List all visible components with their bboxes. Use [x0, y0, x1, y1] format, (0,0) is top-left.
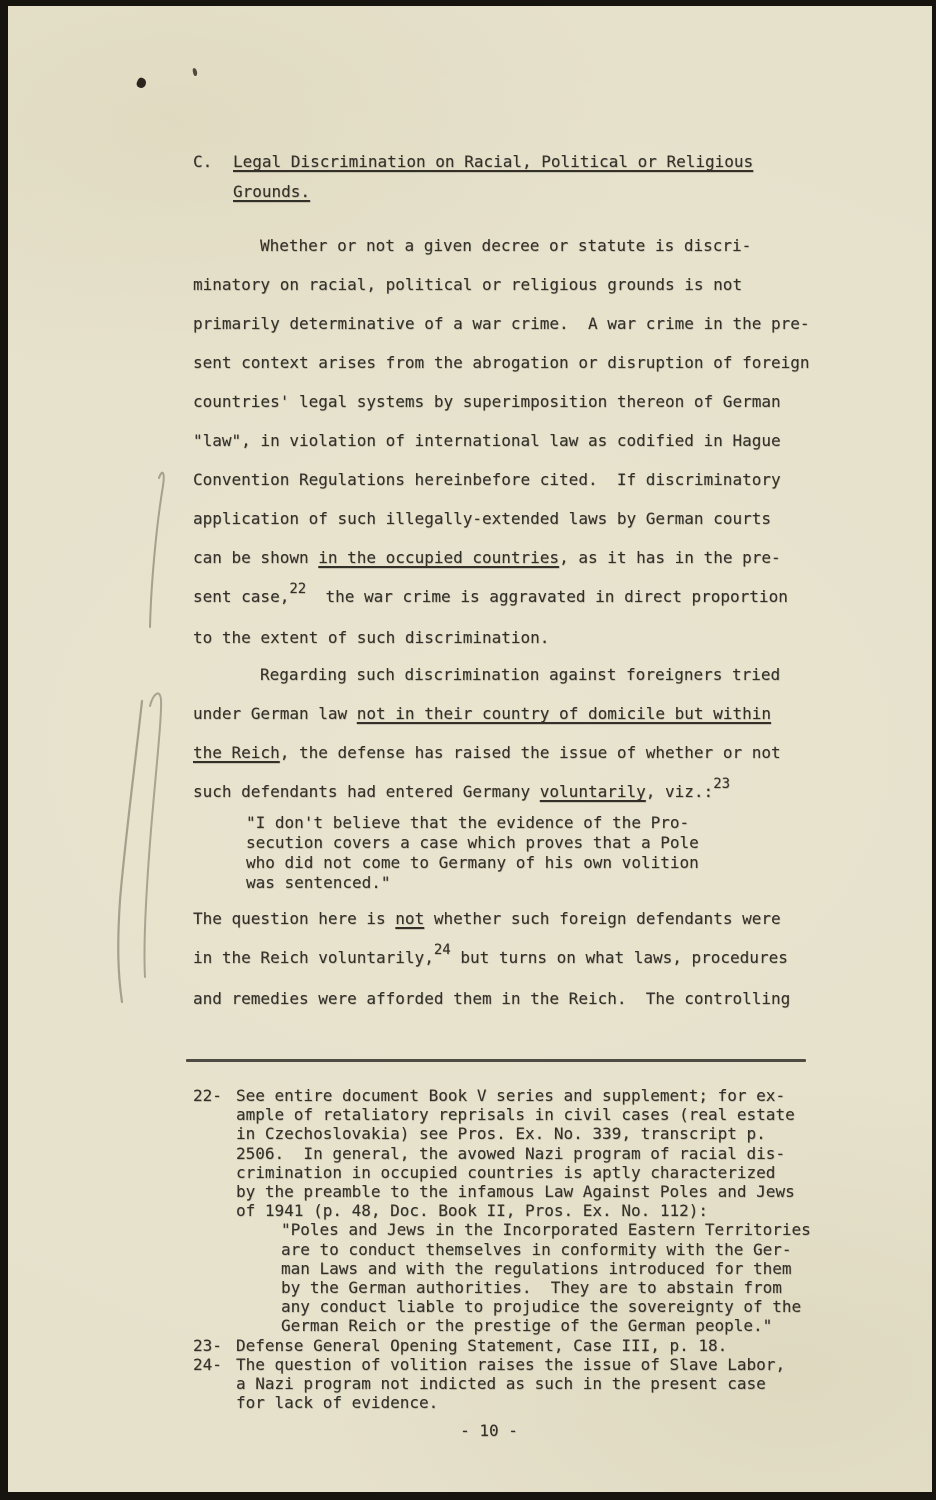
body-line: such defendants had entered Germany volu… [193, 772, 833, 813]
footnote-quote-line: by the German authorities. They are to a… [281, 1278, 853, 1297]
body-line: Regarding such discrimination against fo… [193, 655, 833, 694]
quote-line: secution covers a case which proves that… [246, 833, 766, 853]
heading-line-1: Legal Discrimination on Racial, Politica… [233, 147, 753, 177]
footnote-ref-22: 22 [289, 570, 306, 609]
footnote-line: of 1941 (p. 48, Doc. Book II, Pros. Ex. … [236, 1201, 853, 1220]
footnote-separator [186, 1059, 806, 1062]
quote-line: who did not come to Germany of his own v… [246, 853, 766, 873]
body-line: The question here is not whether such fo… [193, 899, 833, 938]
underlined-text: in the occupied countries [318, 548, 559, 567]
body-line: under German law not in their country of… [193, 694, 833, 733]
footnote-24: 24- The question of volition raises the … [193, 1355, 853, 1413]
footnote-line: See entire document Book V series and su… [236, 1086, 853, 1105]
text-run: whether such foreign defendants were [424, 909, 780, 928]
page-number: - 10 - [193, 1419, 785, 1443]
footnote-line: 2506. In general, the avowed Nazi progra… [236, 1144, 853, 1163]
footnote-line: The question of volition raises the issu… [236, 1355, 853, 1374]
text-run: under German law [193, 704, 357, 723]
paragraph-2: Regarding such discrimination against fo… [193, 655, 833, 813]
footnote-ref-23: 23 [713, 765, 730, 804]
text-run: such defendants had entered Germany [193, 782, 540, 801]
footnotes: 22- See entire document Book V series an… [193, 1086, 853, 1412]
body-line: to the extent of such discrimination. [193, 618, 833, 657]
section-heading: C. Legal Discrimination on Racial, Polit… [193, 147, 753, 207]
quote-line: was sentenced." [246, 873, 766, 893]
body-line: and remedies were afforded them in the R… [193, 979, 833, 1018]
footnote-23: 23- Defense General Opening Statement, C… [193, 1336, 853, 1355]
footnote-line: by the preamble to the infamous Law Agai… [236, 1182, 853, 1201]
footnote-22: 22- See entire document Book V series an… [193, 1086, 853, 1336]
text-run: , the defense has raised the issue of wh… [280, 743, 781, 762]
text-run: The question here is [193, 909, 395, 928]
footnote-line: crimination in occupied countries is apt… [236, 1163, 853, 1182]
underlined-text: voluntarily [540, 782, 646, 801]
body-line: sent context arises from the abrogation … [193, 343, 833, 382]
footnote-line: ample of retaliatory reprisals in civil … [236, 1105, 853, 1124]
footnote-line: a Nazi program not indicted as such in t… [236, 1374, 853, 1393]
text-run: , as it has in the pre- [559, 548, 781, 567]
body-line: primarily determinative of a war crime. … [193, 304, 833, 343]
text-run: the war crime is aggravated in direct pr… [306, 587, 788, 606]
body-line: minatory on racial, political or religio… [193, 265, 833, 304]
footnote-quote-line: German Reich or the prestige of the Germ… [281, 1316, 853, 1335]
footnote-ref-24: 24 [434, 931, 451, 970]
quote-line: "I don't believe that the evidence of th… [246, 813, 766, 833]
body-line: in the Reich voluntarily,24 but turns on… [193, 938, 833, 979]
footnote-inner-quote: "Poles and Jews in the Incorporated East… [281, 1220, 853, 1335]
underlined-text: not in their country of domicile but wit… [357, 704, 771, 723]
body-line: sent case,22 the war crime is aggravated… [193, 577, 833, 618]
footnote-quote-line: "Poles and Jews in the Incorporated East… [281, 1220, 853, 1239]
footnote-label: 22- [193, 1086, 222, 1105]
section-title: Legal Discrimination on Racial, Politica… [233, 147, 753, 207]
footnote-label: 24- [193, 1355, 222, 1374]
underlined-text: not [395, 909, 424, 928]
footnote-quote-line: man Laws and with the regulations introd… [281, 1259, 853, 1278]
footnote-line: Defense General Opening Statement, Case … [236, 1336, 853, 1355]
text-run: , viz.: [646, 782, 713, 801]
body-line: "law", in violation of international law… [193, 421, 833, 460]
body-line: the Reich, the defense has raised the is… [193, 733, 833, 772]
blockquote: "I don't believe that the evidence of th… [246, 813, 766, 893]
paragraph-3: The question here is not whether such fo… [193, 899, 833, 1018]
footnote-quote-line: are to conduct themselves in conformity … [281, 1240, 853, 1259]
paragraph-1: Whether or not a given decree or statute… [193, 226, 833, 657]
body-line: application of such illegally-extended l… [193, 499, 833, 538]
scanned-document-page: C. Legal Discrimination on Racial, Polit… [0, 0, 936, 1500]
text-run: but turns on what laws, procedures [451, 948, 788, 967]
body-line: Whether or not a given decree or statute… [193, 226, 833, 265]
text-run: in the Reich voluntarily, [193, 948, 434, 967]
section-letter: C. [193, 147, 233, 207]
underlined-text: the Reich [193, 743, 280, 762]
footnote-line: in Czechoslovakia) see Pros. Ex. No. 339… [236, 1124, 853, 1143]
body-line: Convention Regulations hereinbefore cite… [193, 460, 833, 499]
footnote-label: 23- [193, 1336, 222, 1355]
text-run: sent case, [193, 587, 289, 606]
heading-line-2: Grounds. [233, 177, 753, 207]
body-line: countries' legal systems by superimposit… [193, 382, 833, 421]
footnote-quote-line: any conduct liable to projudice the sove… [281, 1297, 853, 1316]
text-run: can be shown [193, 548, 318, 567]
footnote-line: for lack of evidence. [236, 1393, 853, 1412]
